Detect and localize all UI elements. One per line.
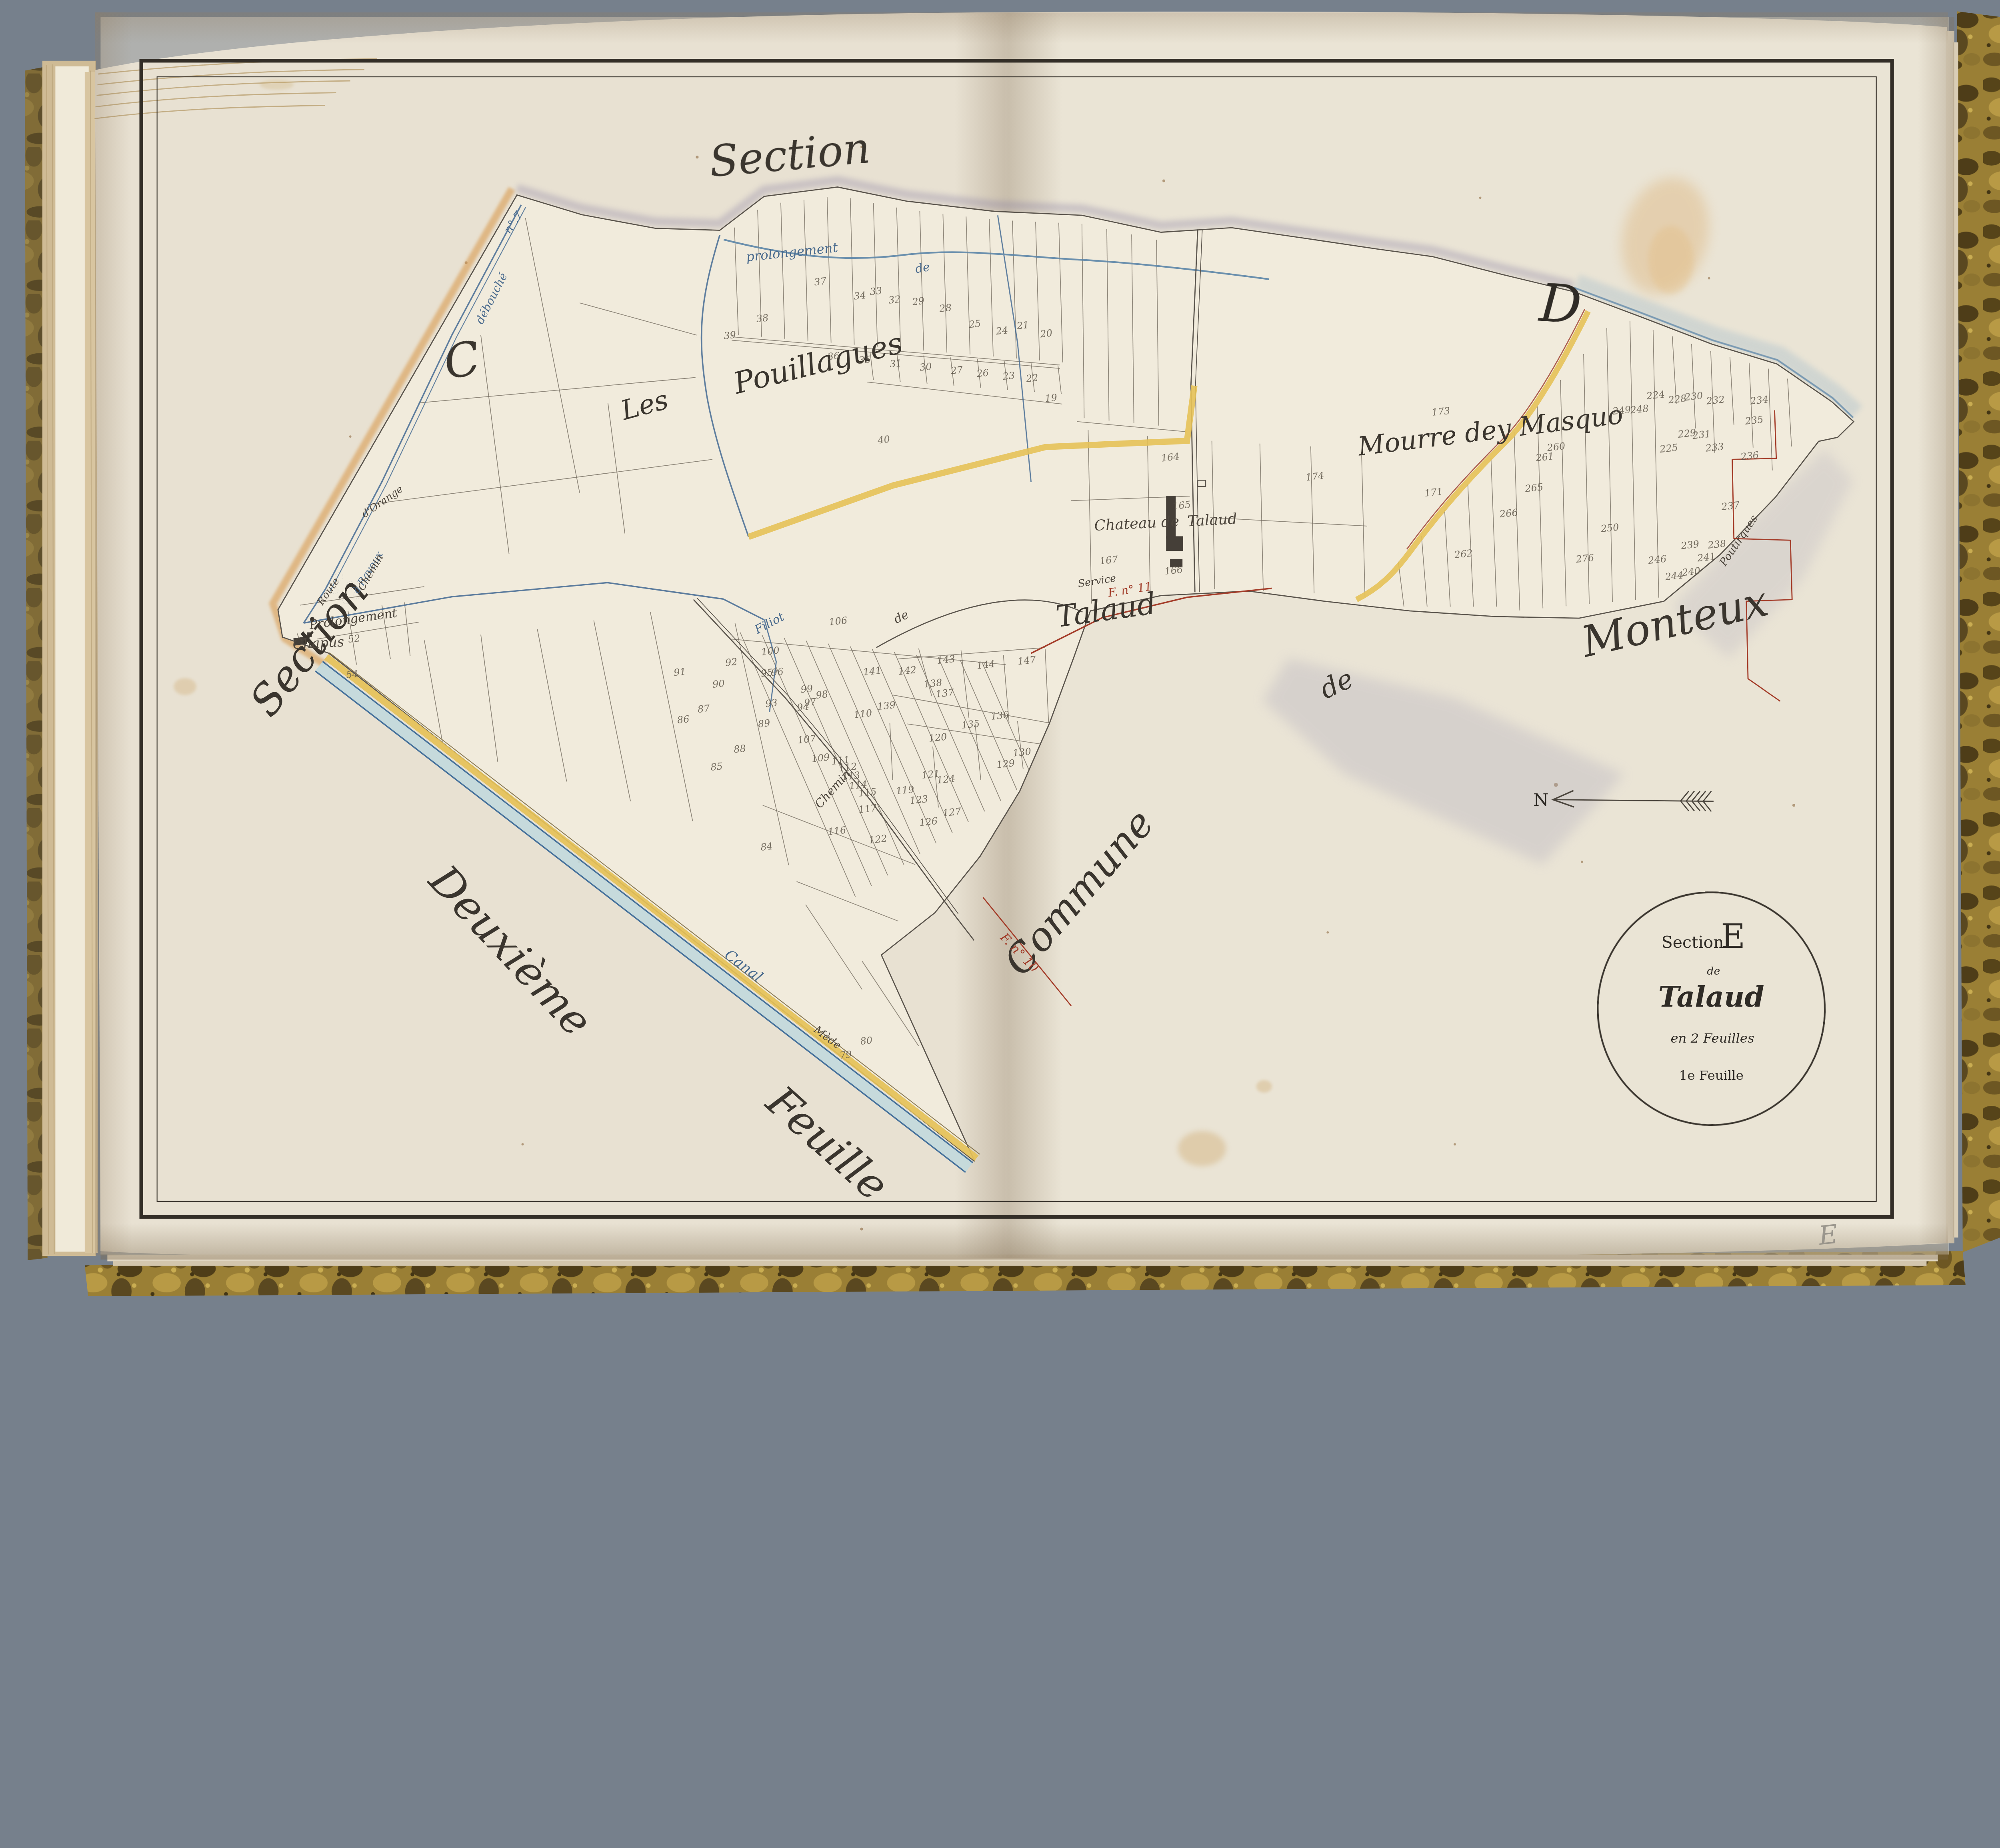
parcel-174: 174 xyxy=(1305,470,1324,483)
label-chapus: Chapus xyxy=(292,634,345,652)
parcel-266: 266 xyxy=(1499,507,1518,520)
parcel-139: 139 xyxy=(877,699,896,713)
parcel-141: 141 xyxy=(862,665,882,678)
parcel-124: 124 xyxy=(936,773,956,786)
parcel-40: 40 xyxy=(877,434,890,446)
parcel-130: 130 xyxy=(1012,746,1032,759)
parcel-29: 29 xyxy=(911,295,925,308)
parcel-237: 237 xyxy=(1720,499,1740,513)
parcel-240: 240 xyxy=(1681,565,1701,579)
parcel-28: 28 xyxy=(938,302,952,314)
label-n: N xyxy=(1533,790,1548,810)
parcel-106: 106 xyxy=(828,615,848,628)
parcel-98: 98 xyxy=(815,689,828,701)
right-page-tint xyxy=(1006,17,1949,1254)
parcel-54: 54 xyxy=(346,668,359,681)
parcel-107: 107 xyxy=(797,733,817,746)
parcel-265: 265 xyxy=(1524,481,1544,495)
parcel-261: 261 xyxy=(1535,450,1554,464)
parcel-99: 99 xyxy=(800,683,813,695)
label-section: Section xyxy=(1662,933,1724,952)
parcel-96: 96 xyxy=(771,666,784,678)
parcel-85: 85 xyxy=(710,761,723,773)
parcel-27: 27 xyxy=(950,364,964,376)
parcel-241: 241 xyxy=(1696,551,1716,564)
parcel-120: 120 xyxy=(928,731,947,744)
parcel-33: 33 xyxy=(869,285,882,297)
parcel-164: 164 xyxy=(1160,451,1180,464)
parcel-142: 142 xyxy=(898,664,917,677)
parcel-246: 246 xyxy=(1647,553,1667,567)
parcel-84: 84 xyxy=(760,841,773,853)
parcel-21: 21 xyxy=(1016,319,1029,332)
parcel-31: 31 xyxy=(889,357,902,370)
parcel-127: 127 xyxy=(942,806,962,819)
parcel-110: 110 xyxy=(853,707,872,721)
parcel-97: 97 xyxy=(804,696,817,709)
parcel-100: 100 xyxy=(760,645,780,658)
parcel-262: 262 xyxy=(1454,547,1473,561)
label-e: E xyxy=(1817,1219,1839,1251)
label-de: de xyxy=(914,260,931,276)
label-en-2-feuilles: en 2 Feuilles xyxy=(1670,1031,1754,1046)
parcel-80: 80 xyxy=(860,1035,873,1047)
parcel-88: 88 xyxy=(733,743,746,755)
parcel-165: 165 xyxy=(1172,499,1191,512)
parcel-147: 147 xyxy=(1017,654,1037,667)
parcel-37: 37 xyxy=(814,275,827,288)
parcel-136: 136 xyxy=(990,709,1010,722)
parcel-225: 225 xyxy=(1659,442,1678,455)
parcel-86: 86 xyxy=(677,713,690,726)
parcel-231: 231 xyxy=(1692,428,1711,441)
parcel-92: 92 xyxy=(725,656,738,669)
parcel-25: 25 xyxy=(968,318,981,330)
label-e: E xyxy=(1721,917,1745,956)
parcel-89: 89 xyxy=(758,717,771,730)
parcel-36: 36 xyxy=(827,350,840,362)
label-de: de xyxy=(1707,965,1720,977)
parcel-23: 23 xyxy=(1002,370,1015,382)
parcel-79: 79 xyxy=(839,1049,852,1061)
parcel-93: 93 xyxy=(765,697,778,709)
parcel-173: 173 xyxy=(1431,405,1450,418)
parcel-19: 19 xyxy=(1044,392,1058,404)
parcel-22: 22 xyxy=(1025,372,1039,384)
parcel-235: 235 xyxy=(1744,414,1764,427)
parcel-233: 233 xyxy=(1704,441,1724,454)
page-stack-edges xyxy=(42,61,98,1256)
parcel-276: 276 xyxy=(1575,552,1594,565)
parcel-143: 143 xyxy=(936,653,956,667)
parcel-126: 126 xyxy=(919,815,938,829)
parcel-137: 137 xyxy=(935,687,955,700)
parcel-250: 250 xyxy=(1600,521,1619,535)
label-1e-feuille: 1e Feuille xyxy=(1679,1068,1744,1083)
parcel-38: 38 xyxy=(756,312,769,324)
parcel-166: 166 xyxy=(1164,564,1183,577)
parcel-116: 116 xyxy=(827,824,846,837)
label-talaud: Talaud xyxy=(1187,510,1237,530)
parcel-238: 238 xyxy=(1707,538,1726,551)
parcel-234: 234 xyxy=(1749,394,1769,407)
parcel-236: 236 xyxy=(1740,449,1759,463)
parcel-135: 135 xyxy=(961,718,980,731)
parcel-230: 230 xyxy=(1684,390,1703,403)
parcel-109: 109 xyxy=(811,751,830,765)
parcel-232: 232 xyxy=(1705,394,1725,407)
parcel-117: 117 xyxy=(858,802,877,815)
parcel-91: 91 xyxy=(673,666,686,678)
atlas-photo: SectionDCSectionDeuxièmeFeuilleCommunede… xyxy=(0,0,2000,1305)
label-talaud: Talaud xyxy=(1658,980,1764,1013)
parcel-244: 244 xyxy=(1664,569,1684,583)
parcel-249: 249 xyxy=(1612,404,1631,417)
parcel-39: 39 xyxy=(723,329,736,342)
parcel-26: 26 xyxy=(976,367,989,379)
parcel-34: 34 xyxy=(853,290,866,302)
parcel-138: 138 xyxy=(923,677,942,690)
parcel-24: 24 xyxy=(995,324,1008,337)
parcel-144: 144 xyxy=(976,658,995,671)
parcel-167: 167 xyxy=(1099,554,1119,567)
parcel-248: 248 xyxy=(1629,403,1649,416)
parcel-30: 30 xyxy=(919,361,932,373)
parcel-122: 122 xyxy=(868,833,888,846)
label-d: D xyxy=(1537,272,1584,336)
parcel-239: 239 xyxy=(1680,539,1700,552)
parcel-35: 35 xyxy=(858,354,871,366)
parcel-20: 20 xyxy=(1039,327,1053,340)
parcel-87: 87 xyxy=(697,703,710,715)
parcel-32: 32 xyxy=(888,294,901,306)
parcel-171: 171 xyxy=(1424,486,1443,499)
parcel-123: 123 xyxy=(909,793,928,807)
parcel-90: 90 xyxy=(712,678,725,690)
parcel-115: 115 xyxy=(858,786,877,799)
parcel-129: 129 xyxy=(996,757,1015,771)
parcel-52: 52 xyxy=(348,633,361,645)
parcel-224: 224 xyxy=(1646,388,1665,402)
